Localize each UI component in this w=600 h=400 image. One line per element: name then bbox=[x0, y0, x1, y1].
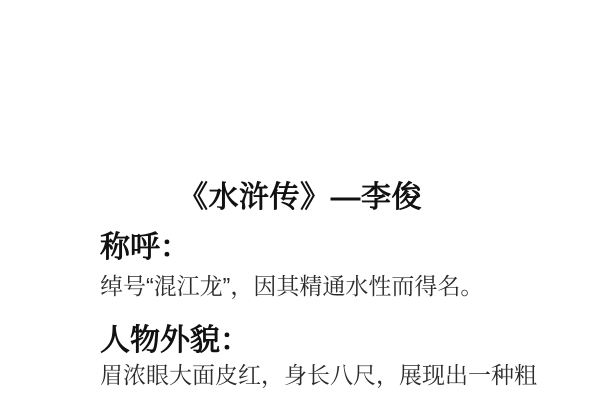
section-body-alias: 绰号“混江龙”，因其精通水性而得名。 bbox=[100, 272, 580, 302]
section-heading-alias: 称呼： bbox=[100, 222, 190, 266]
character-info-card: 《水浒传》—李俊 称呼： 绰号“混江龙”，因其精通水性而得名。 人物外貌： 眉浓… bbox=[0, 0, 600, 400]
page-title: 《水浒传》—李俊 bbox=[0, 172, 600, 216]
section-heading-appearance: 人物外貌： bbox=[100, 315, 250, 359]
section-body-appearance: 眉浓眼大面皮红，身长八尺，展现出一种粗 bbox=[100, 361, 580, 391]
